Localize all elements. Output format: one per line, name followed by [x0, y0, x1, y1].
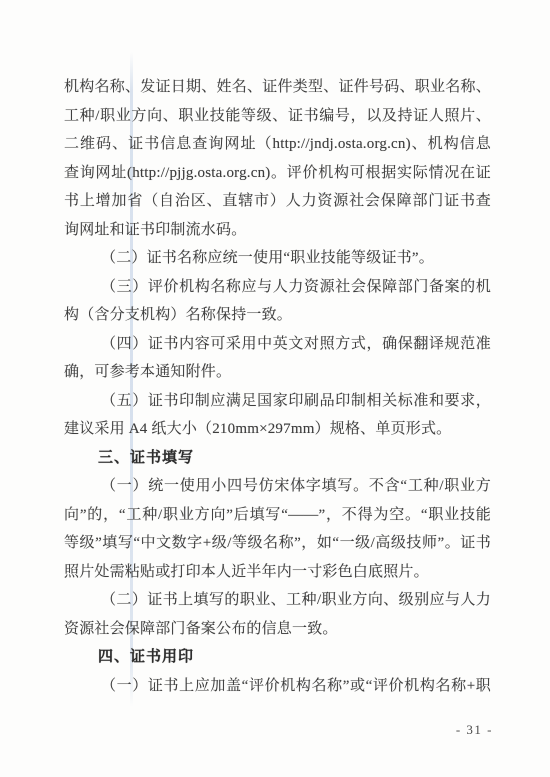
text-line: （三）评价机构名称应与人力资源社会保障部门备案的机 — [64, 273, 491, 302]
text-line: （二）证书上填写的职业、工种/职业方向、级别应与人力 — [64, 586, 491, 615]
text-line: 确，可参考本通知附件。 — [64, 358, 491, 387]
text-line: （四）证书内容可采用中英文对照方式，确保翻译规范准 — [64, 330, 491, 359]
text-line: 工种/职业方向、职业技能等级、证书编号，以及持证人照片、 — [64, 102, 491, 131]
section-heading: 四、证书用印 — [64, 643, 491, 672]
text-line: （二）证书名称应统一使用“职业技能等级证书”。 — [64, 244, 491, 273]
text-line: （五）证书印制应满足国家印刷品印制相关标准和要求， — [64, 387, 491, 416]
text-line: 资源社会保障部门备案公布的信息一致。 — [64, 615, 491, 644]
text-line: 照片处需粘贴或打印本人近半年内一寸彩色白底照片。 — [64, 558, 491, 587]
text-line: 询网址和证书印制流水码。 — [64, 216, 491, 245]
text-line: （一）证书上应加盖“评价机构名称”或“评价机构名称+职 — [64, 672, 491, 701]
text-line: 建议采用 A4 纸大小（210mm×297mm）规格、单页形式。 — [64, 415, 491, 444]
text-line: （一）统一使用小四号仿宋体字填写。不含“工种/职业方 — [64, 472, 491, 501]
text-line: 构（含分支机构）名称保持一致。 — [64, 301, 491, 330]
document-page: 机构名称、发证日期、姓名、证件类型、证件号码、职业名称、工种/职业方向、职业技能… — [0, 0, 550, 777]
page-number: - 31 - — [456, 722, 493, 738]
text-line: 等级”填写“中文数字+级/等级名称”，如“一级/高级技师”。证书 — [64, 529, 491, 558]
document-body: 机构名称、发证日期、姓名、证件类型、证件号码、职业名称、工种/职业方向、职业技能… — [64, 73, 491, 700]
section-heading: 三、证书填写 — [64, 444, 491, 473]
text-line: 向”的，“工种/职业方向”后填写“——”，不得为空。“职业技能 — [64, 501, 491, 530]
text-line: 书上增加省（自治区、直辖市）人力资源社会保障部门证书查 — [64, 187, 491, 216]
text-line: 二维码、证书信息查询网址（http://jndj.osta.org.cn)、机构… — [64, 130, 491, 159]
text-line: 机构名称、发证日期、姓名、证件类型、证件号码、职业名称、 — [64, 73, 491, 102]
text-line: 查询网址(http://pjjg.osta.org.cn)。评价机构可根据实际情… — [64, 159, 491, 188]
